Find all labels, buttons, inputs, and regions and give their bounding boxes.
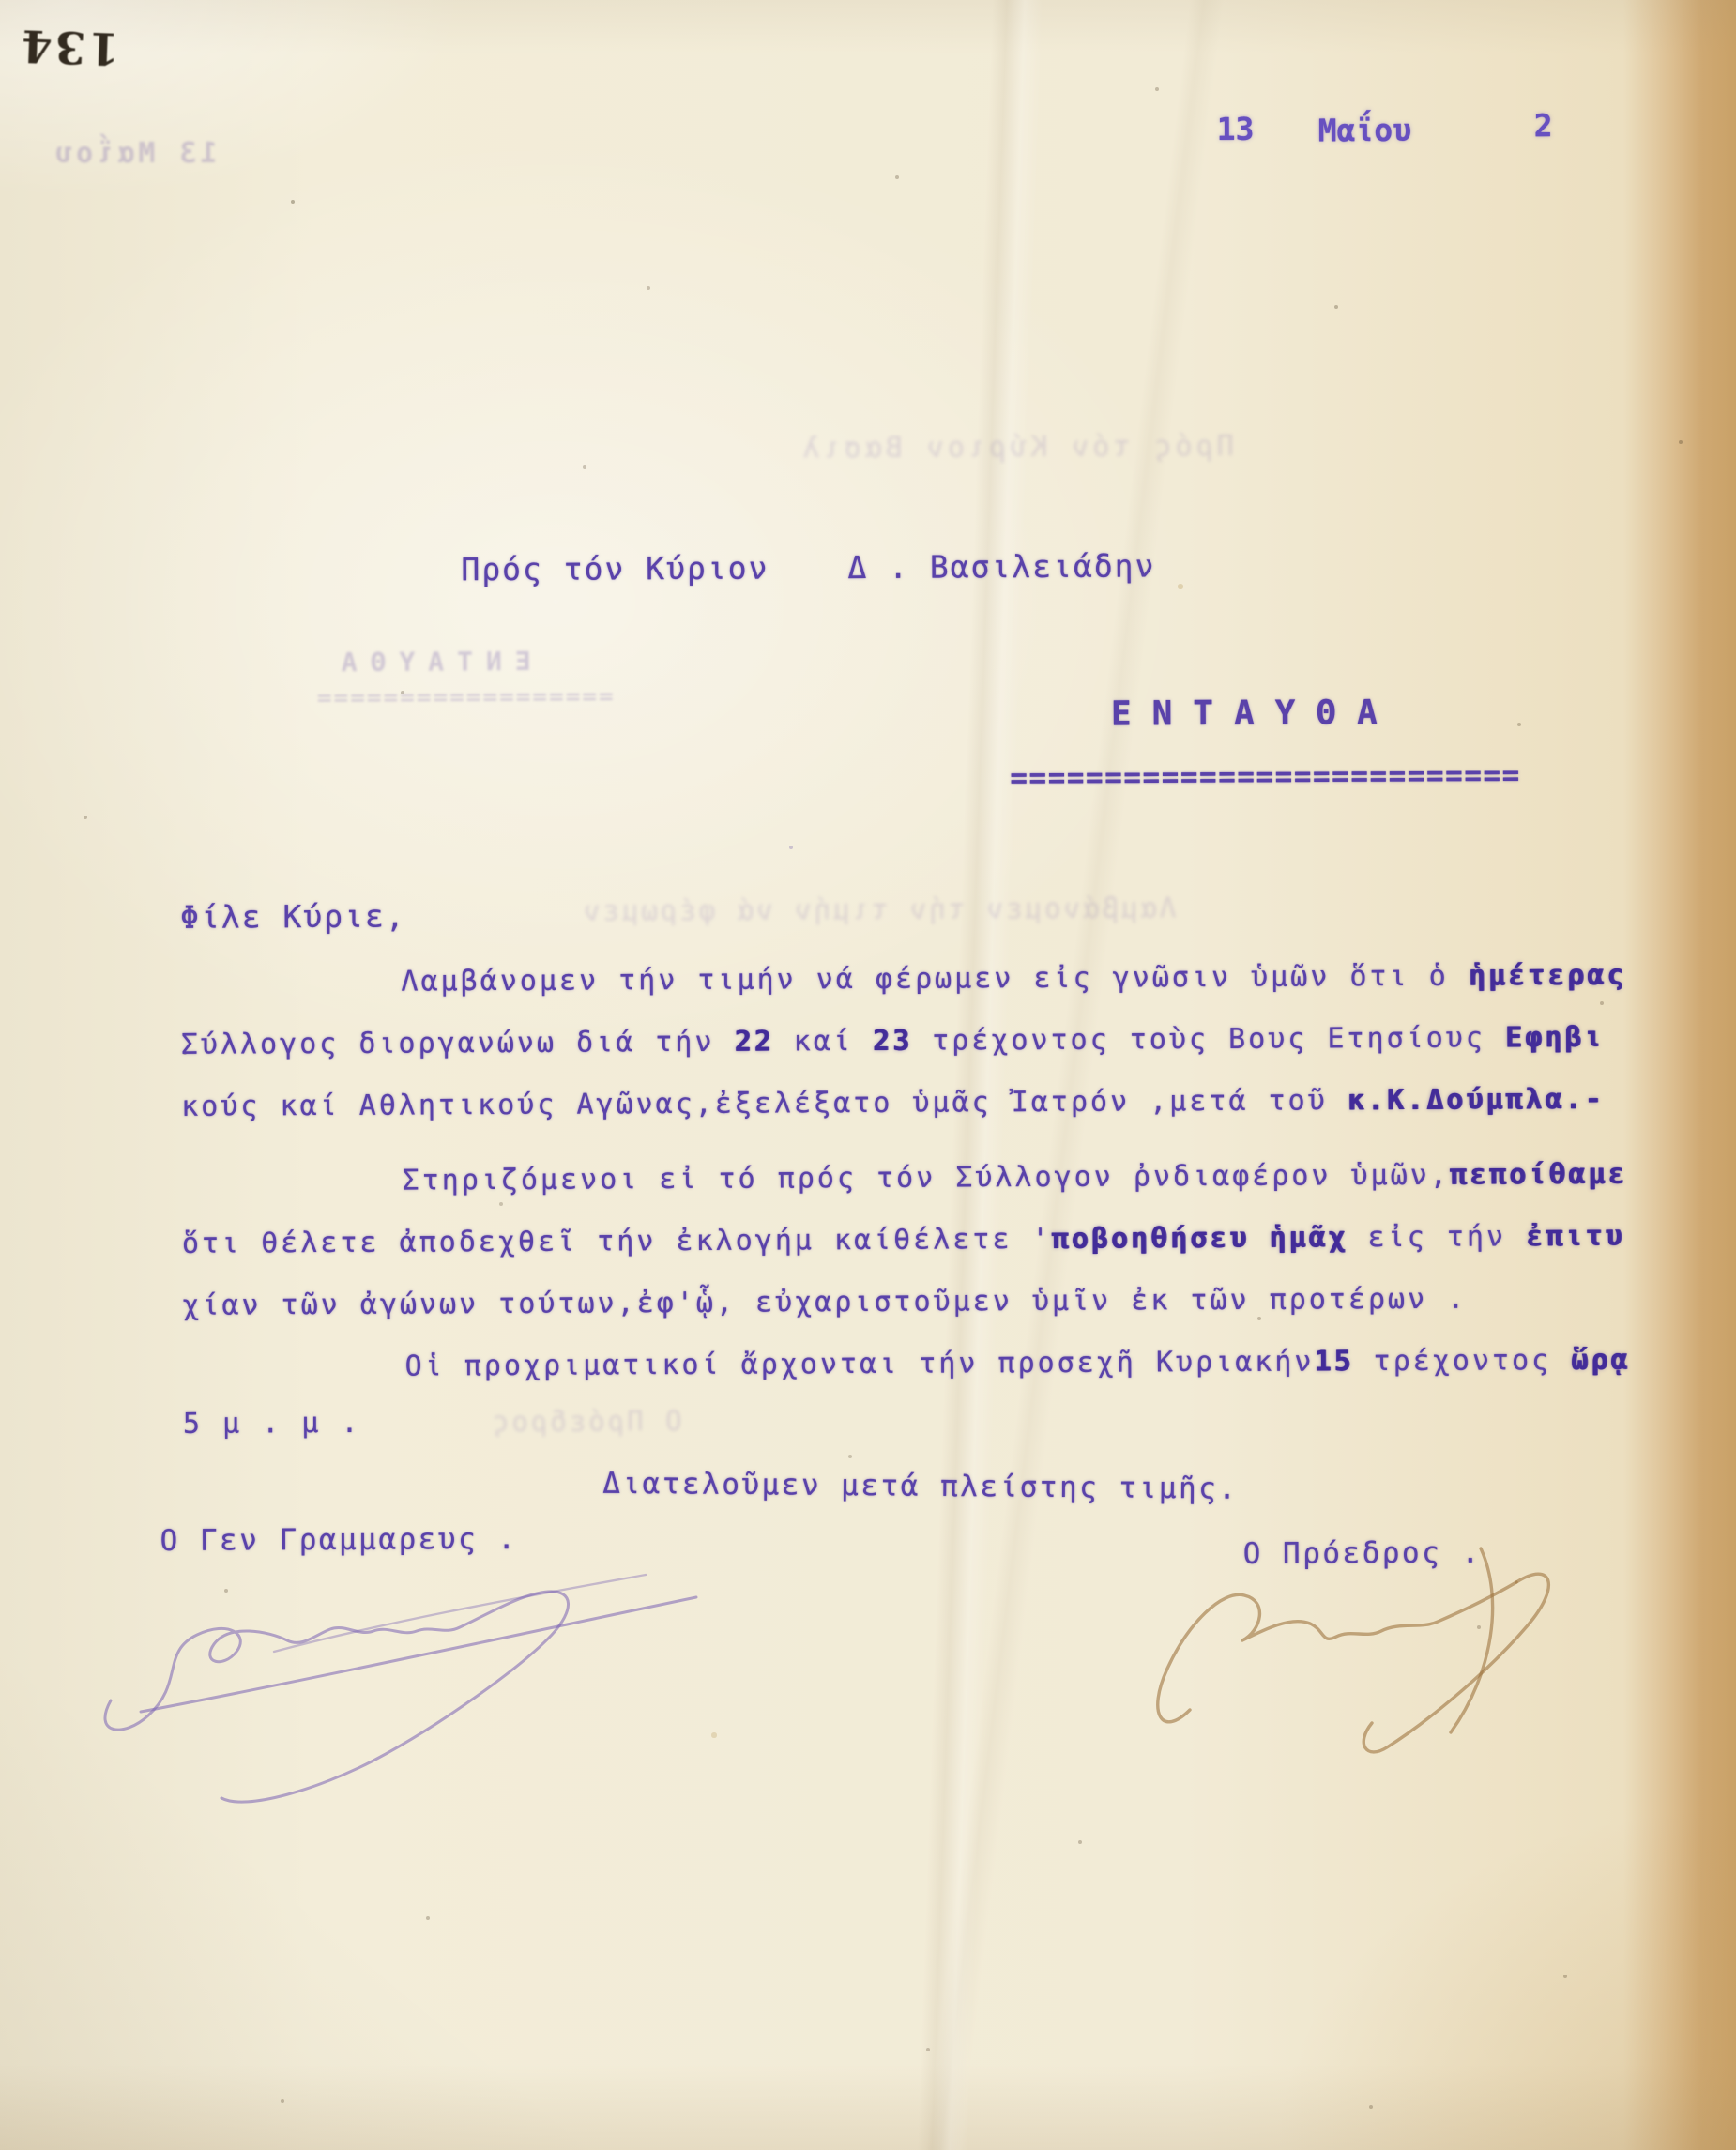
scanned-letter-page: 134 13 Μαΐου 13 Μαΐου 2 Πρός τόν Κύριον … — [0, 0, 1736, 2150]
ghost-body-bleedthrough: Λαμβάνομεν τήν τιμήν νά φέρωμεν — [581, 892, 1176, 926]
date-day: 13 — [1217, 111, 1255, 147]
salutation: Φίλε Κύριε, — [180, 898, 406, 936]
body-line-5: ὅτι θέλετε ἀποδεχθεῖ τήν ἐκλογήμ καίθέλε… — [182, 1220, 1625, 1260]
date-number: 2 — [1534, 107, 1553, 144]
ghost-heading-bleedthrough: ΕΝΤΑΥΘΑ — [328, 646, 531, 678]
body-line-4: Στηριζόμενοι εἰ τό πρός τόν Σύλλογον ῤνδ… — [402, 1158, 1627, 1197]
ghost-heading-underline: ================== — [315, 682, 614, 712]
president-label: Ο Πρόεδρος . — [1243, 1536, 1482, 1571]
body-line-1: Λαμβάνομεν τήν τιμήν νά φέρωμεν εἰς γνῶσ… — [401, 959, 1626, 999]
recipient-salutation: Πρός τόν Κύριον — [461, 550, 769, 588]
body-line-6: χίαν τῶν ἀγώνων τούτων,ἐφ'ᾧ, εὐχαριστοῦμ… — [182, 1283, 1467, 1322]
body-line-2: Σύλλογος διοργανώνω διά τήν 22 καί 23 τρ… — [181, 1021, 1605, 1061]
date-line: 13 Μαΐου 2 — [0, 0, 1730, 5]
ghost-address-bleedthrough: Πρός τόν Κύριον Βασιλ — [799, 430, 1233, 465]
heading-underline: =========================== — [1010, 758, 1521, 795]
body-line-7: Οἱ προχριματικοί ἄρχονται τήν προσεχῆ Κυ… — [405, 1344, 1631, 1383]
paper-specks — [0, 0, 2, 2]
recipient-line: Πρός τόν ΚύριονΔ . Βασιλειάδην — [338, 511, 1156, 625]
body-line-8: 5 μ . μ . — [183, 1407, 361, 1441]
recipient-name: Δ . Βασιλειάδην — [847, 547, 1155, 586]
secretary-label: Ο Γεν Γραμμαρευς . — [160, 1522, 517, 1558]
location-heading: ΕΝΤΑΥΘΑ — [1111, 694, 1398, 734]
ghost-near-time: Ο Πρόεδρος — [490, 1405, 682, 1438]
closing-line: Διατελοῦμεν μετά πλείστης τιμῆς. — [602, 1467, 1239, 1506]
body-line-3: κούς καί Αθλητικούς Αγῶνας,ἐξελέξατο ὑμᾶ… — [181, 1083, 1605, 1123]
date-month: Μαΐου — [1318, 112, 1412, 149]
typed-content: 13 Μαΐου 2 Πρός τόν Κύριον Βασιλ Πρός τό… — [0, 0, 1736, 2150]
